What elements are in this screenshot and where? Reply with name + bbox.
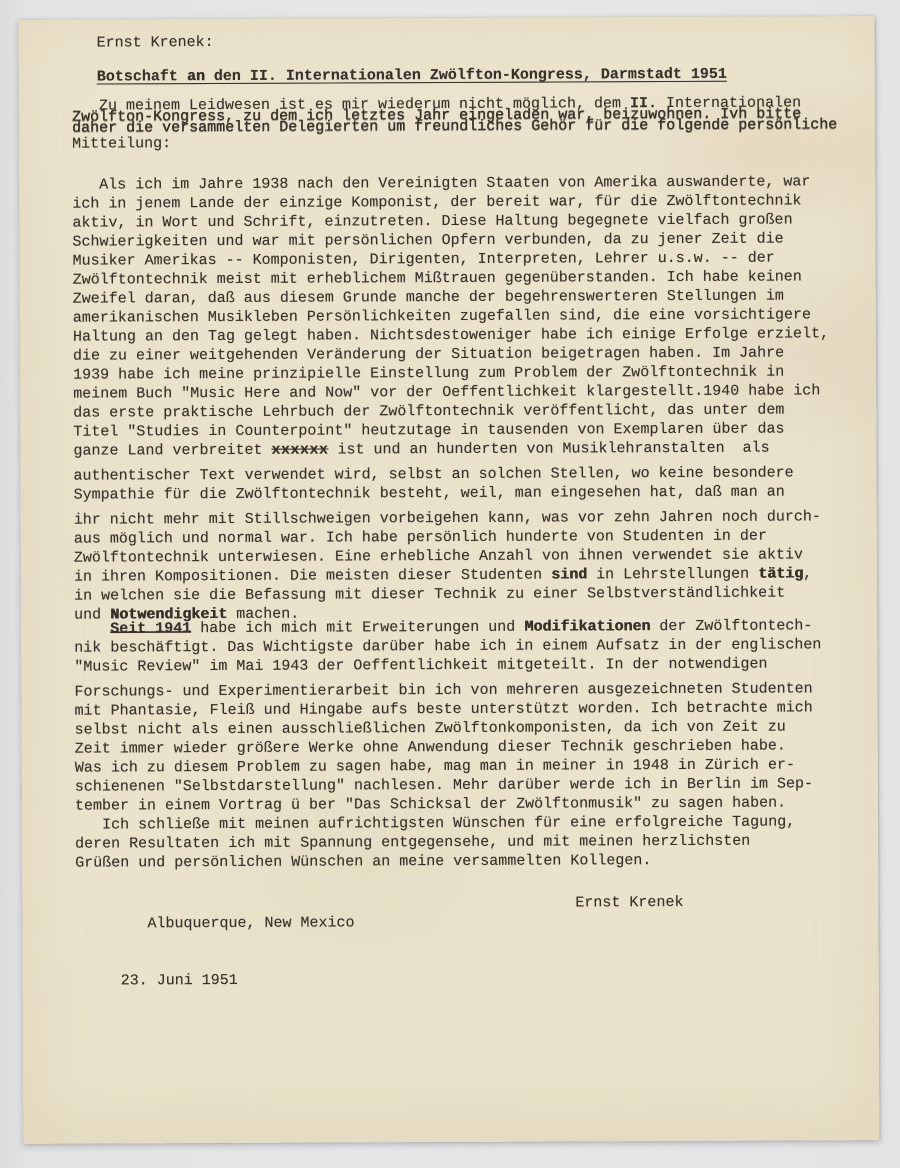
text-line: daher die versammelten Delegierten um fr… <box>72 115 850 137</box>
intro-paragraph: Zu meinem Leidwesen ist es mir wiederum … <box>72 93 850 153</box>
letter-page: Ernst Krenek: Botschaft an den II. Inter… <box>19 16 880 1144</box>
text-line: Botschaft an den II. Internationalen Zwö… <box>97 64 850 86</box>
letter-content: Ernst Krenek: Botschaft an den II. Inter… <box>72 30 854 990</box>
signature: Ernst Krenek <box>575 893 683 912</box>
author-line: Ernst Krenek: <box>97 30 850 52</box>
text-line: Grüßen und persönlichen Wünschen an mein… <box>75 850 853 872</box>
footer-line-1: Albuquerque, New Mexico Ernst Krenek <box>75 892 853 971</box>
text-line: ganze Land verbreitet xxxxxx ist und an … <box>73 438 851 460</box>
letter-place: Albuquerque, New Mexico <box>147 914 354 932</box>
text-line: deren Resultaten ich mit Spannung entgeg… <box>75 831 853 853</box>
letter-date: 23. Juni 1951 <box>76 968 854 990</box>
body-paragraphs: Als ich im Jahre 1938 nach den Vereinigt… <box>72 172 853 872</box>
letter-footer: Albuquerque, New Mexico Ernst Krenek 23.… <box>75 892 853 990</box>
letter-title: Botschaft an den II. Internationalen Zwö… <box>97 64 850 86</box>
text-line: in welchen sie die Befassung mit dieser … <box>74 583 852 605</box>
text-line: Sympathie für die Zwölftontechnik besteh… <box>74 482 852 504</box>
text-line: "Music Review" im Mai 1943 der Oeffentli… <box>74 654 852 676</box>
